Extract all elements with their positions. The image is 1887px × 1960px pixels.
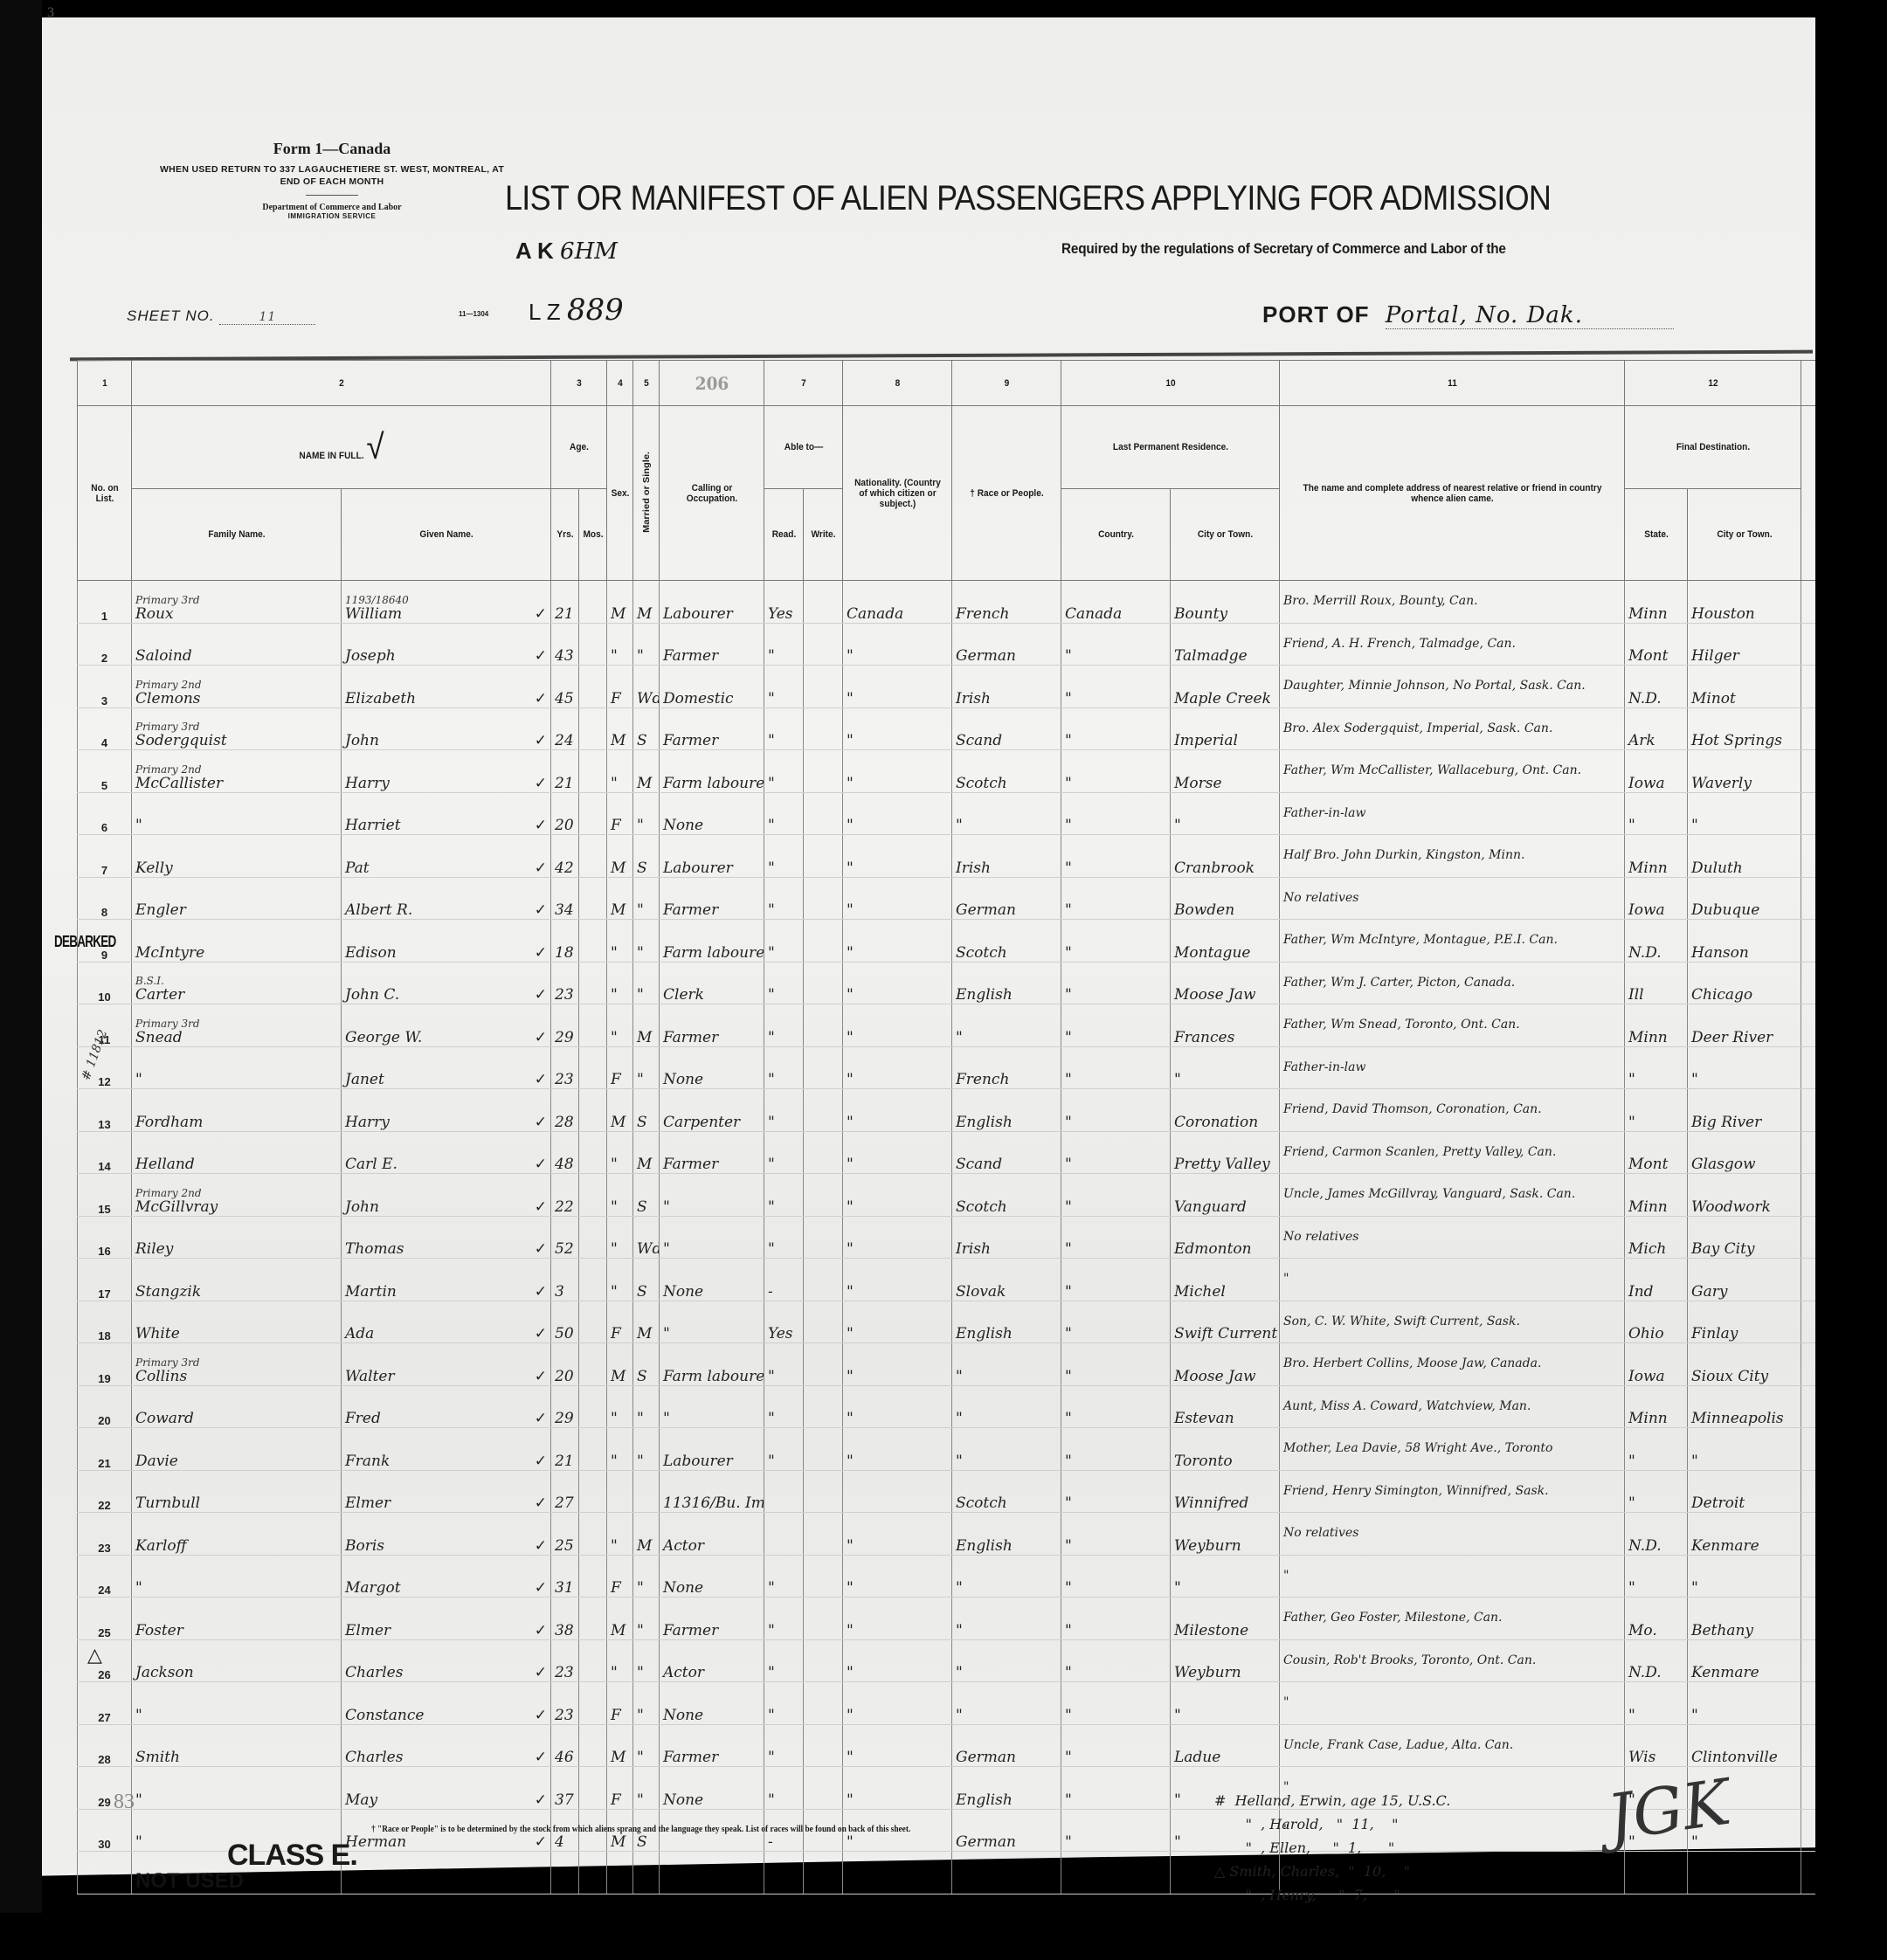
nationality: " (843, 1724, 952, 1767)
destination-city: Minot (1688, 666, 1801, 708)
write (804, 1046, 843, 1089)
residence-country: " (1061, 1216, 1171, 1259)
residence-city: Estevan (1171, 1385, 1280, 1428)
nationality: " (843, 750, 952, 793)
triangle-mark-icon: △ (87, 1644, 102, 1667)
residence-city: Winnifred (1171, 1470, 1280, 1513)
given-name: Walter (345, 1368, 395, 1385)
nationality: Canada (843, 581, 952, 624)
truncated-column (1801, 1004, 1816, 1047)
write (804, 1131, 843, 1174)
write (804, 750, 843, 793)
annotation-line: " , Henry, " 7, " (1214, 1883, 1450, 1907)
given-name-cell: Margot ✓ (342, 1555, 551, 1598)
age-yrs: 23 (551, 1682, 579, 1725)
residence-country: " (1061, 666, 1171, 708)
given-name: Albert R. (345, 901, 412, 919)
occupation: 11316/Bu. Immig. File No. 5/1/33 M.L. (660, 1470, 764, 1513)
family-name-cell: Smith (132, 1724, 342, 1767)
header-age: Age. (553, 406, 605, 489)
race-footnote: † "Race or People" is to be determined b… (371, 1824, 910, 1834)
form-title: Form 1—Canada (149, 140, 515, 158)
destination-city: Chicago (1688, 962, 1801, 1004)
occupation: Farmer (660, 877, 764, 920)
truncated-column (1801, 1682, 1816, 1725)
age-mos (579, 623, 607, 666)
occupation: Farmer (660, 1724, 764, 1767)
header-city-town: City or Town. (1175, 489, 1275, 581)
race: " (952, 1004, 1061, 1047)
age-mos (579, 962, 607, 1004)
check-icon: ✓ (535, 1453, 547, 1470)
truncated-column (1801, 1301, 1816, 1343)
given-name-cell: George W. ✓ (342, 1004, 551, 1047)
residence-city: Cranbrook (1171, 835, 1280, 878)
destination-city: Woodwork (1688, 1174, 1801, 1217)
age-mos (579, 1682, 607, 1725)
residence-city: Weyburn (1171, 1513, 1280, 1556)
given-name: Thomas (345, 1240, 404, 1258)
row-number: 6 (78, 792, 132, 835)
marital-status: M (633, 1004, 660, 1047)
family-name-cell: Primary 3rdSodergquist (132, 707, 342, 750)
nationality: " (843, 835, 952, 878)
sheet-number-field: SHEET NO. 11 (127, 307, 315, 325)
destination-state: Iowa (1625, 750, 1688, 793)
check-icon: ✓ (535, 859, 547, 877)
age-yrs: 21 (551, 1428, 579, 1471)
race: Scotch (952, 1470, 1061, 1513)
write (804, 1598, 843, 1640)
read: " (764, 1682, 804, 1725)
header-country: Country. (1066, 489, 1166, 581)
family-note: Primary 3rd (135, 595, 337, 605)
department-label: Department of Commerce and Labor (149, 203, 515, 212)
read: " (764, 623, 804, 666)
family-name: Helland (135, 1156, 195, 1173)
check-icon: ✓ (535, 901, 547, 919)
nearest-relative: " (1280, 1259, 1625, 1301)
read: " (764, 1767, 804, 1810)
row-number: 21 (78, 1428, 132, 1471)
col-number: 3 (553, 361, 605, 406)
row-number: 22 (78, 1470, 132, 1513)
family-name: Riley (135, 1240, 173, 1258)
column-number-row: 1 2 3 4 5 206 7 8 9 10 11 12 (78, 361, 1816, 406)
marital-status: Wd (633, 666, 660, 708)
given-name: Joseph (345, 647, 396, 665)
header-given-name: Given Name. (349, 489, 543, 581)
sex: " (607, 623, 633, 666)
nearest-relative: Father, Wm J. Carter, Picton, Canada. (1280, 962, 1625, 1004)
family-name-cell: " (132, 792, 342, 835)
sex: M (607, 835, 633, 878)
table-row: 20 Coward Fred ✓ 29 " " " " " " " Esteva… (78, 1385, 1816, 1428)
age-yrs: 34 (551, 877, 579, 920)
a-code: A K 6HM (515, 238, 618, 265)
row-number: 20 (78, 1385, 132, 1428)
table-row: 28 Smith Charles ✓ 46 M " Farmer " " Ger… (78, 1724, 1816, 1767)
truncated-column (1801, 666, 1816, 708)
occupation: Farmer (660, 623, 764, 666)
row-number: 17 (78, 1259, 132, 1301)
row-number: 23 (78, 1513, 132, 1556)
read: " (764, 835, 804, 878)
truncated-column (1801, 1555, 1816, 1598)
nearest-relative: Father-in-law (1280, 1046, 1625, 1089)
marital-status: M (633, 1513, 660, 1556)
age-mos (579, 1259, 607, 1301)
residence-country: " (1061, 1767, 1171, 1810)
family-name-cell: Kelly (132, 835, 342, 878)
nationality: " (843, 1428, 952, 1471)
residence-country: " (1061, 1131, 1171, 1174)
given-name: Harriet (345, 817, 401, 834)
read: " (764, 666, 804, 708)
sex (607, 1470, 633, 1513)
check-icon: ✓ (535, 1749, 547, 1766)
destination-state: Mont (1625, 1131, 1688, 1174)
family-name: " (135, 1833, 142, 1851)
l-code-handwritten: 889 (567, 293, 624, 328)
row-number: 19 (78, 1343, 132, 1386)
occupation: Farmer (660, 1598, 764, 1640)
age-yrs: 18 (551, 920, 579, 963)
residence-country: Canada (1061, 581, 1171, 624)
header-sex: Sex. (608, 406, 632, 581)
age-mos (579, 1174, 607, 1217)
header-state: State. (1627, 489, 1684, 581)
nearest-relative: Mother, Lea Davie, 58 Wright Ave., Toron… (1280, 1428, 1625, 1471)
check-icon: ✓ (535, 1833, 547, 1851)
corner-number: 3 (47, 5, 54, 21)
destination-state: " (1625, 792, 1688, 835)
write (804, 962, 843, 1004)
check-icon: ✓ (535, 1156, 547, 1173)
residence-country: " (1061, 1513, 1171, 1556)
sex: " (607, 1131, 633, 1174)
row-number: 18 (78, 1301, 132, 1343)
residence-city: Morse (1171, 750, 1280, 793)
family-name: " (135, 1791, 142, 1809)
read (764, 1470, 804, 1513)
check-icon: ✓ (535, 1664, 547, 1681)
destination-state: " (1625, 1046, 1688, 1089)
destination-city: Hilger (1688, 623, 1801, 666)
marital-status: " (633, 962, 660, 1004)
return-instructions: WHEN USED RETURN TO 337 LAGAUCHETIERE ST… (149, 163, 515, 188)
check-icon: ✓ (535, 1707, 547, 1724)
residence-country: " (1061, 1343, 1171, 1386)
table-row: 1 Primary 3rdRoux 1193/18640William ✓ 21… (78, 581, 1816, 624)
truncated-column (1801, 1216, 1816, 1259)
check-icon: ✓ (535, 1622, 547, 1639)
age-mos (579, 581, 607, 624)
residence-city: Montague (1171, 920, 1280, 963)
annotation-line: " , Ellen, " 1, " (1214, 1836, 1450, 1860)
table-row: 4 Primary 3rdSodergquist John ✓ 24 M S F… (78, 707, 1816, 750)
check-icon: ✓ (535, 1791, 547, 1809)
truncated-column (1801, 750, 1816, 793)
family-note: Primary 2nd (135, 1188, 337, 1198)
truncated-column (1801, 1809, 1816, 1852)
row-number: 30 (78, 1809, 132, 1852)
occupation: Labourer (660, 1428, 764, 1471)
family-name: " (135, 1579, 142, 1597)
residence-country: " (1061, 1259, 1171, 1301)
family-name: Turnbull (135, 1494, 200, 1512)
occupation: Farmer (660, 1004, 764, 1047)
nationality: " (843, 666, 952, 708)
truncated-column (1801, 1089, 1816, 1132)
family-name: Karloff (135, 1537, 187, 1555)
race: English (952, 1089, 1061, 1132)
nationality: " (843, 1259, 952, 1301)
truncated-column (1801, 1639, 1816, 1682)
residence-country: " (1061, 877, 1171, 920)
family-name: Foster (135, 1622, 183, 1639)
header-married-single: Married or Single. (634, 406, 659, 581)
port-label: PORT OF (1262, 301, 1370, 328)
sex: " (607, 750, 633, 793)
marital-status: " (633, 877, 660, 920)
occupation: None (660, 1682, 764, 1725)
residence-country: " (1061, 1046, 1171, 1089)
truncated-column (1801, 1767, 1816, 1810)
marital-status: " (633, 1767, 660, 1810)
check-icon: ✓ (535, 1494, 547, 1512)
truncated-column (1801, 1428, 1816, 1471)
sex: M (607, 1598, 633, 1640)
header-name-in-full: NAME IN FULL. √ (149, 406, 535, 489)
row-number: 8 (78, 877, 132, 920)
family-name-cell: White (132, 1301, 342, 1343)
age-yrs: 23 (551, 1046, 579, 1089)
race: Irish (952, 666, 1061, 708)
age-yrs: 22 (551, 1174, 579, 1217)
destination-city: Finlay (1688, 1301, 1801, 1343)
given-name: Martin (345, 1283, 397, 1301)
nationality: " (843, 707, 952, 750)
write (804, 623, 843, 666)
residence-city: Weyburn (1171, 1639, 1280, 1682)
check-icon: ✓ (535, 1114, 547, 1131)
race: " (952, 1598, 1061, 1640)
age-yrs: 23 (551, 1639, 579, 1682)
destination-city: Sioux City (1688, 1343, 1801, 1386)
nearest-relative: Friend, Carmon Scanlen, Pretty Valley, C… (1280, 1131, 1625, 1174)
residence-country: " (1061, 1470, 1171, 1513)
race: " (952, 1343, 1061, 1386)
check-icon: ✓ (535, 1029, 547, 1046)
table-row: 19 Primary 3rdCollins Walter ✓ 20 M S Fa… (78, 1343, 1816, 1386)
write (804, 877, 843, 920)
nearest-relative: Half Bro. John Durkin, Kingston, Minn. (1280, 835, 1625, 878)
family-name-cell: Engler (132, 877, 342, 920)
age-mos (579, 1301, 607, 1343)
age-mos (579, 1767, 607, 1810)
race: " (952, 1428, 1061, 1471)
scan-border-left (0, 0, 42, 1960)
class-label: CLASS E. (227, 1839, 357, 1873)
race: English (952, 1513, 1061, 1556)
nearest-relative: Father, Wm McCallister, Wallaceburg, Ont… (1280, 750, 1625, 793)
family-name-cell: Karloff (132, 1513, 342, 1556)
check-icon: ✓ (535, 1198, 547, 1216)
residence-city: Coronation (1171, 1089, 1280, 1132)
residence-country: " (1061, 1682, 1171, 1725)
write (804, 1767, 843, 1810)
residence-city: Michel (1171, 1259, 1280, 1301)
marital-status: M (633, 581, 660, 624)
nationality: " (843, 1555, 952, 1598)
given-name-cell: Fred ✓ (342, 1385, 551, 1428)
truncated-column (1801, 1724, 1816, 1767)
destination-state: Ohio (1625, 1301, 1688, 1343)
age-yrs: 45 (551, 666, 579, 708)
family-name-cell: Primary 3rdRoux (132, 581, 342, 624)
occupation: Clerk (660, 962, 764, 1004)
table-row: 18 White Ada ✓ 50 F M " Yes " English " … (78, 1301, 1816, 1343)
col-number: 206 (663, 361, 759, 406)
stamp-number: 206 (695, 373, 728, 394)
check-icon: ✓ (535, 1368, 547, 1385)
marital-status: " (633, 792, 660, 835)
header-dest-city: City or Town. (1692, 489, 1797, 581)
row-number: 28 (78, 1724, 132, 1767)
read: " (764, 750, 804, 793)
marital-status: " (633, 1046, 660, 1089)
race: German (952, 1724, 1061, 1767)
family-name: White (135, 1325, 180, 1342)
given-name: Carl E. (345, 1156, 397, 1173)
residence-country: " (1061, 1174, 1171, 1217)
given-name: Harry (345, 1114, 390, 1131)
table-row: 22 Turnbull Elmer ✓ 27 11316/Bu. Immig. … (78, 1470, 1816, 1513)
residence-city: Bounty (1171, 581, 1280, 624)
check-icon: ✓ (535, 1240, 547, 1258)
check-icon: ✓ (535, 986, 547, 1004)
nationality: " (843, 1598, 952, 1640)
given-name: Charles (345, 1749, 403, 1766)
l-code-label: L Z (529, 299, 561, 325)
age-mos (579, 1639, 607, 1682)
sex: M (607, 1089, 633, 1132)
given-name: John (345, 1198, 379, 1216)
race: Irish (952, 1216, 1061, 1259)
write (804, 1174, 843, 1217)
marital-status (633, 1470, 660, 1513)
race: Irish (952, 835, 1061, 878)
marital-status: " (633, 1598, 660, 1640)
destination-city: " (1688, 792, 1801, 835)
marital-status: " (633, 1724, 660, 1767)
table-row: 9 McIntyre Edison ✓ 18 " " Farm labourer… (78, 920, 1816, 963)
header-row-1: No. on List. NAME IN FULL. √ Age. Sex. M… (78, 406, 1816, 489)
form-header-block: Form 1—Canada WHEN USED RETURN TO 337 LA… (149, 140, 515, 220)
age-yrs: 29 (551, 1385, 579, 1428)
nearest-relative: Father, Geo Foster, Milestone, Can. (1280, 1598, 1625, 1640)
given-name-cell: John C. ✓ (342, 962, 551, 1004)
residence-country: " (1061, 1809, 1171, 1852)
header-relative: The name and complete address of nearest… (1293, 406, 1610, 581)
marital-status: " (633, 623, 660, 666)
marital-status: Wd (633, 1216, 660, 1259)
age-yrs: 20 (551, 1343, 579, 1386)
table-row: 25 Foster Elmer ✓ 38 M " Farmer " " " " … (78, 1598, 1816, 1640)
destination-city: " (1688, 1428, 1801, 1471)
residence-country: " (1061, 1385, 1171, 1428)
race: Scotch (952, 1174, 1061, 1217)
read: " (764, 1639, 804, 1682)
destination-state: Iowa (1625, 1343, 1688, 1386)
family-name: Kelly (135, 859, 173, 877)
read: " (764, 1174, 804, 1217)
header-nationality: Nationality. (Country of which citizen o… (847, 406, 948, 581)
destination-state: Minn (1625, 1385, 1688, 1428)
children-annotations: # Helland, Erwin, age 15, U.S.C. " , Har… (1214, 1789, 1450, 1907)
nationality: " (843, 1174, 952, 1217)
age-yrs: 23 (551, 962, 579, 1004)
write (804, 920, 843, 963)
sex: " (607, 1639, 633, 1682)
family-name: Jackson (135, 1664, 194, 1681)
sex: " (607, 1385, 633, 1428)
write (804, 1513, 843, 1556)
occupation: Farm labourer (660, 920, 764, 963)
header-yrs: Yrs. (552, 489, 577, 581)
read: " (764, 1004, 804, 1047)
residence-country: " (1061, 1089, 1171, 1132)
truncated-column (1801, 1470, 1816, 1513)
race: " (952, 1385, 1061, 1428)
family-name-cell: Coward (132, 1385, 342, 1428)
destination-state: Wis (1625, 1724, 1688, 1767)
nearest-relative: Bro. Merrill Roux, Bounty, Can. (1280, 581, 1625, 624)
family-name: Carter (135, 986, 184, 1004)
given-name-cell: Harriet ✓ (342, 792, 551, 835)
truncated-column (1801, 877, 1816, 920)
marital-status: " (633, 1555, 660, 1598)
marital-status: S (633, 707, 660, 750)
given-name: John C. (345, 986, 399, 1004)
given-name-cell: Charles ✓ (342, 1639, 551, 1682)
read: " (764, 1089, 804, 1132)
family-name-cell: " (132, 1682, 342, 1725)
age-mos (579, 1343, 607, 1386)
table-row: 13 Fordham Harry ✓ 28 M S Carpenter " " … (78, 1089, 1816, 1132)
family-note: Primary 3rd (135, 1018, 337, 1029)
marital-status: " (633, 1682, 660, 1725)
check-icon: ✓ (535, 817, 547, 834)
header-last-residence: Last Permanent Residence. (1070, 406, 1271, 489)
nationality (843, 1470, 952, 1513)
truncated-column (1801, 1513, 1816, 1556)
write (804, 1682, 843, 1725)
family-name: Coward (135, 1410, 194, 1427)
nationality: " (843, 623, 952, 666)
family-name-cell: B.S.I.Carter (132, 962, 342, 1004)
table-row: 6 " Harriet ✓ 20 F " None " " " " " Fath… (78, 792, 1816, 835)
sex: F (607, 1301, 633, 1343)
nationality: " (843, 792, 952, 835)
age-mos (579, 835, 607, 878)
marital-status: S (633, 1089, 660, 1132)
age-yrs: 46 (551, 1724, 579, 1767)
check-icon: ✓ (535, 1410, 547, 1427)
nearest-relative: Father-in-law (1280, 792, 1625, 835)
check-icon: ✓ (535, 1579, 547, 1597)
